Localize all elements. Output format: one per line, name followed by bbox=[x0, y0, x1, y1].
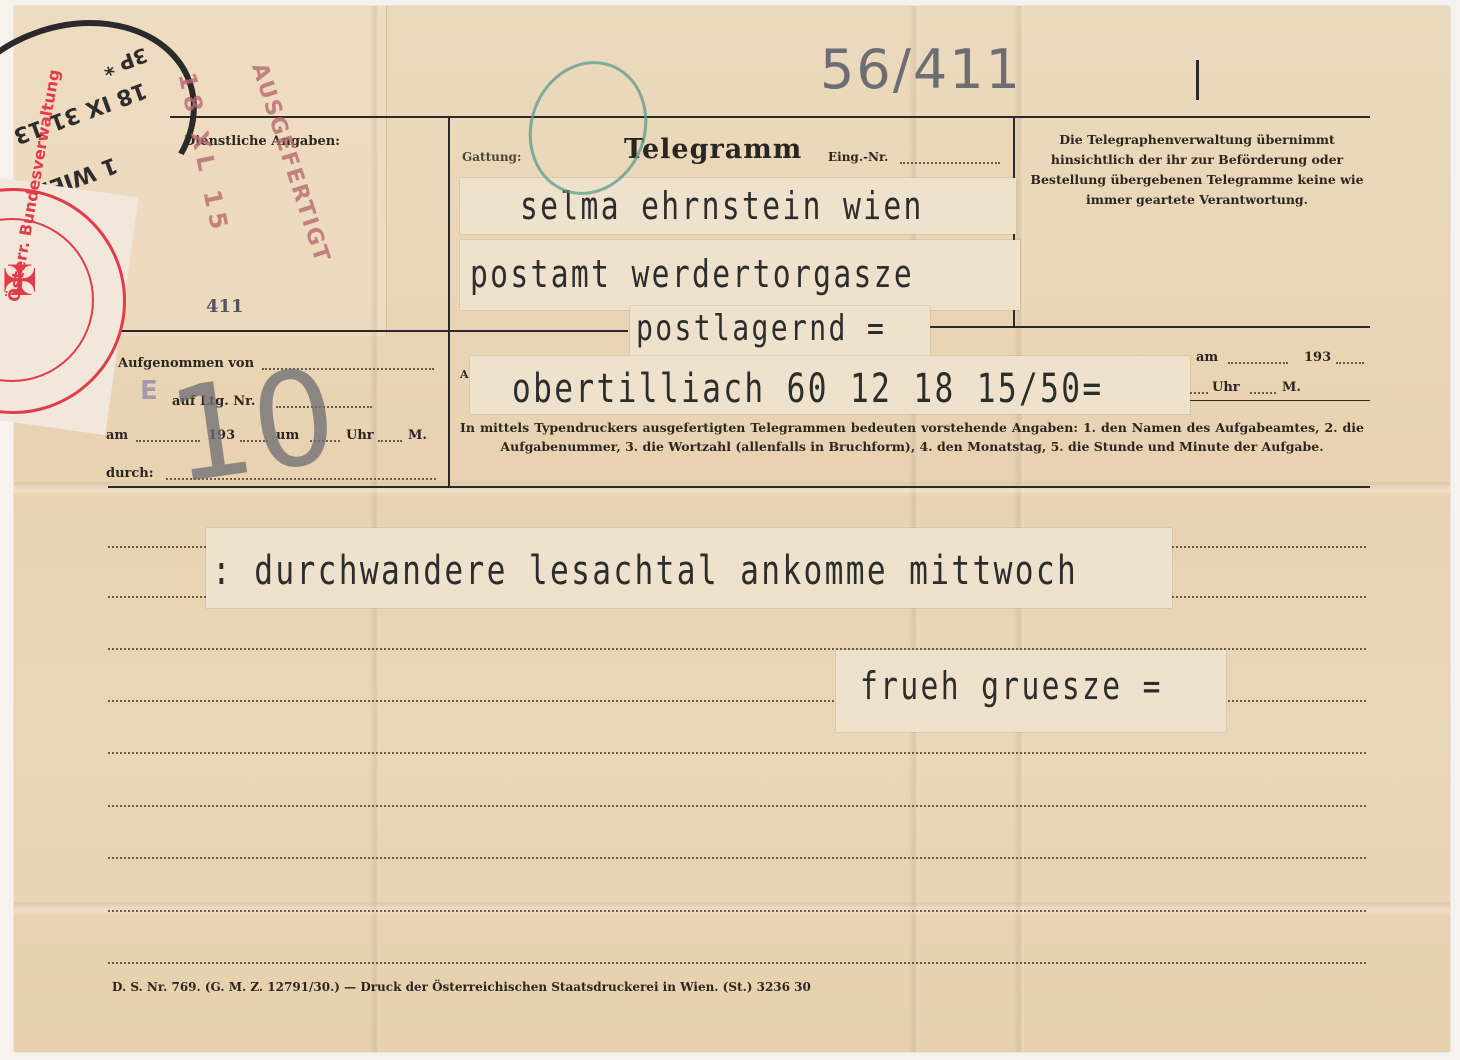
eagle-emblem-icon: ✠ bbox=[2, 256, 37, 305]
stamp-number: 411 bbox=[206, 296, 244, 317]
violet-stamp: E bbox=[140, 376, 158, 406]
explanation-text: In mittels Typendruckers ausgefertigten … bbox=[460, 418, 1364, 456]
recipient-address: postamt werdertorgasze bbox=[470, 252, 914, 296]
right-hour-field[interactable] bbox=[1190, 392, 1208, 394]
right-uhr-label: Uhr bbox=[1212, 380, 1240, 395]
message-line bbox=[108, 805, 1366, 807]
mid-rule-right bbox=[930, 326, 1370, 328]
m-label: M. bbox=[408, 428, 427, 443]
right-m-label: M. bbox=[1282, 380, 1301, 395]
printer-imprint: D. S. Nr. 769. (G. M. Z. 12791/30.) — Dr… bbox=[112, 980, 811, 994]
am-label: am bbox=[106, 428, 128, 443]
message-line-1: : durchwandere lesachtal ankomme mittwoc… bbox=[212, 548, 1078, 594]
short-rule bbox=[1180, 400, 1370, 401]
origin-line: obertilliach 60 12 18 15/50= bbox=[512, 366, 1103, 412]
message-line bbox=[108, 752, 1366, 754]
header-rule bbox=[170, 116, 1370, 118]
pencil-reference-number: 56/411 bbox=[820, 38, 1022, 101]
uhr-label: Uhr bbox=[346, 428, 374, 443]
right-year-label: 193 bbox=[1304, 350, 1331, 365]
message-line-2: frueh gruesze = bbox=[860, 664, 1163, 708]
eing-nr-label: Eing.-Nr. bbox=[828, 150, 888, 164]
gattung-label: Gattung: bbox=[462, 150, 521, 164]
minute-field[interactable] bbox=[378, 440, 402, 442]
origin-prefix: A bbox=[460, 368, 469, 381]
pencil-mark: 10 bbox=[160, 339, 345, 513]
fold-crease bbox=[14, 902, 1450, 916]
recipient-postlagernd: postlagernd = bbox=[636, 308, 886, 349]
right-am-label: am bbox=[1196, 350, 1218, 365]
eing-nr-field[interactable] bbox=[900, 162, 1000, 164]
mid-rule bbox=[108, 330, 628, 332]
message-line bbox=[108, 962, 1366, 964]
right-minute-field[interactable] bbox=[1250, 392, 1276, 394]
telegram-title: Telegramm bbox=[624, 134, 802, 165]
message-line bbox=[108, 910, 1366, 912]
liability-notice: Die Telegraphenverwaltung übernimmt hins… bbox=[1026, 130, 1368, 210]
right-year-field[interactable] bbox=[1336, 362, 1364, 364]
right-date-field[interactable] bbox=[1228, 362, 1288, 364]
message-line bbox=[108, 857, 1366, 859]
durch-label: durch: bbox=[106, 466, 154, 481]
postmark-fragment bbox=[1196, 60, 1199, 100]
divider-left bbox=[448, 118, 450, 488]
